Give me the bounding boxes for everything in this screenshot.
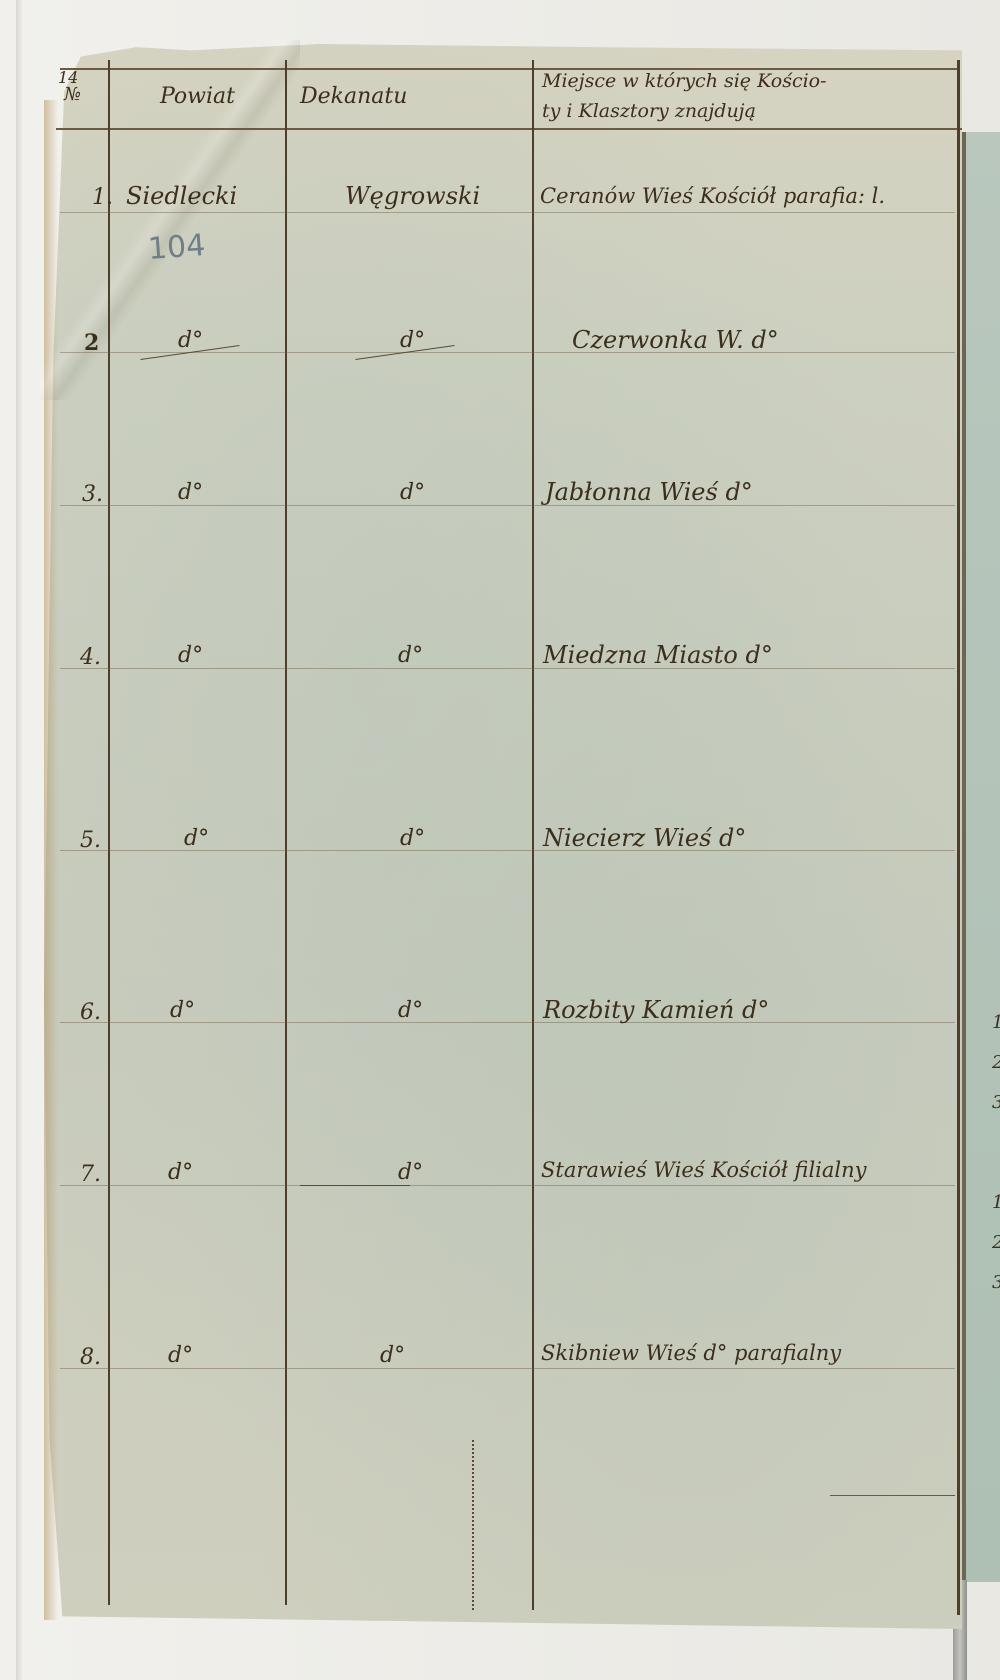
row-rule	[60, 668, 955, 669]
header-dekanat: Dekanatu	[300, 84, 407, 109]
cell-dekanat: d°	[398, 998, 423, 1023]
row-number: 2	[84, 330, 99, 356]
cell-powiat: d°	[184, 826, 209, 851]
cell-powiat: d°	[170, 998, 195, 1023]
row-number: 3.	[82, 482, 103, 507]
cell-miejsce: Czerwonka W. d°	[572, 326, 779, 354]
page-shadow	[16, 0, 22, 1680]
row-rule	[60, 505, 955, 506]
adjacent-mark: 3	[992, 1092, 1000, 1113]
adjacent-mark: 2	[992, 1052, 1000, 1073]
cell-miejsce: Niecierz Wieś d°	[543, 824, 746, 852]
cell-powiat: Siedlecki	[126, 182, 237, 210]
header-powiat: Powiat	[160, 84, 235, 109]
cell-miejsce: Jabłonna Wieś d°	[545, 478, 753, 506]
adjacent-mark: 2	[992, 1232, 1000, 1253]
row-number: 4.	[80, 645, 101, 670]
adjacent-mark: 1	[992, 1012, 1000, 1033]
cell-dekanat: d°	[398, 643, 423, 668]
cell-miejsce: Starawieś Wieś Kościół filialny	[541, 1158, 867, 1182]
cell-powiat: d°	[178, 328, 203, 353]
row-number: 6.	[80, 1000, 101, 1025]
adjacent-mark: 1	[992, 1192, 1000, 1213]
column-divider-right-edge	[957, 60, 960, 1615]
cell-dekanat: d°	[398, 1160, 423, 1185]
cell-dekanat: d°	[380, 1343, 405, 1368]
cell-powiat: d°	[178, 643, 203, 668]
header-miejsce-line2: ty i Klasztory znajdują	[542, 100, 756, 122]
row-number: 7.	[80, 1162, 101, 1187]
cell-dekanat: Węgrowski	[345, 182, 480, 210]
header-bottom-rule	[56, 128, 962, 130]
row-rule	[60, 212, 955, 213]
header-miejsce-line1: Miejsce w których się Kościo-	[542, 70, 827, 92]
cell-powiat: d°	[178, 480, 203, 505]
row-rule	[60, 1185, 955, 1186]
cell-miejsce: Miedzna Miasto d°	[543, 641, 773, 669]
cell-dekanat: d°	[400, 826, 425, 851]
header-number: №	[64, 84, 81, 105]
closing-rule	[830, 1495, 955, 1496]
cell-dekanat: d°	[400, 480, 425, 505]
cell-miejsce: Ceranów Wieś Kościół parafia: l.	[540, 184, 885, 208]
row-number: 8.	[80, 1345, 101, 1370]
column-divider-number	[108, 60, 110, 1605]
cell-powiat: d°	[168, 1160, 193, 1185]
column-divider-dekanat	[532, 60, 534, 1610]
paper-edge-stain	[44, 100, 58, 1620]
ledger-page	[44, 44, 962, 1629]
row-number: 1.	[92, 185, 113, 210]
cell-miejsce: Rozbity Kamień d°	[543, 996, 769, 1024]
adjacent-sheet: 1 2 3 1 2 3	[962, 132, 1000, 1582]
adjacent-mark: 3	[992, 1272, 1000, 1293]
row-number: 5.	[80, 828, 101, 853]
column-divider-powiat	[285, 60, 287, 1605]
crease-dots	[472, 1440, 474, 1610]
ditto-flourish	[300, 1185, 410, 1186]
row-rule	[60, 1368, 955, 1369]
cell-powiat: d°	[168, 1343, 193, 1368]
cell-miejsce: Skibniew Wieś d° parafialny	[541, 1341, 841, 1365]
pencil-annotation: 104	[147, 228, 207, 267]
